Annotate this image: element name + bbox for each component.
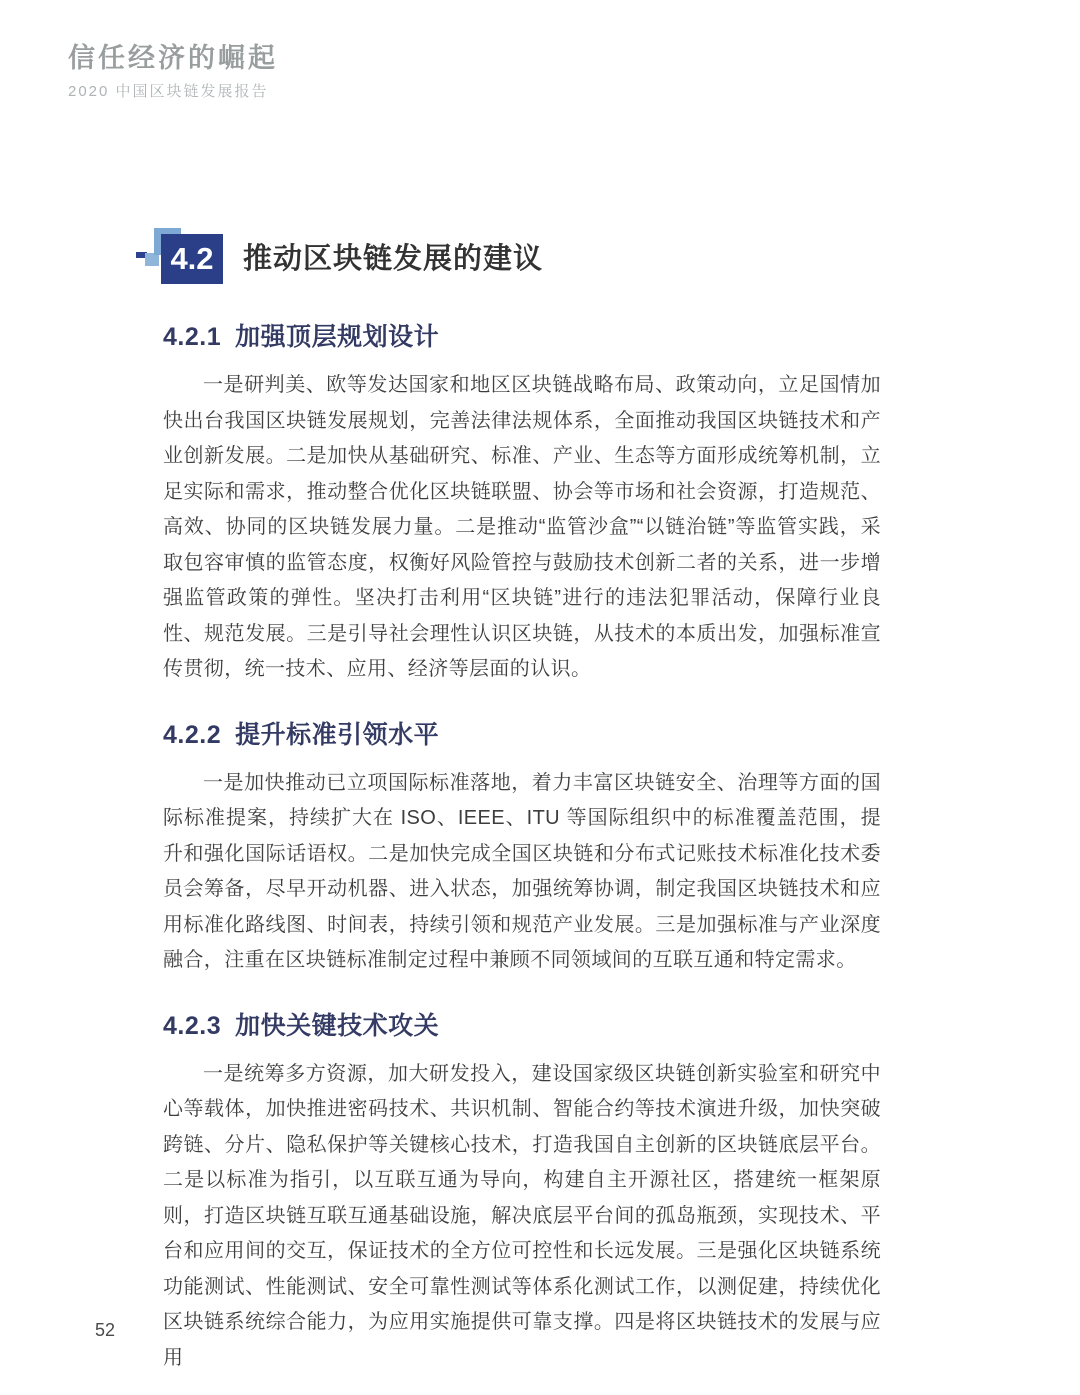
subsection-title: 加强顶层规划设计 — [235, 323, 439, 351]
subsection-heading: 4.2.1加强顶层规划设计 — [163, 320, 881, 354]
subsection-heading: 4.2.3加快关键技术攻关 — [163, 1009, 881, 1043]
page-number: 52 — [95, 1320, 115, 1341]
subsection-number: 4.2.3 — [163, 1012, 221, 1040]
report-page: 信任经济的崛起 2020 中国区块链发展报告 4.2 推动区块链发展的建议 4.… — [0, 0, 1080, 1395]
logo-subtitle: 2020 中国区块链发展报告 — [68, 80, 278, 101]
section-banner: 4.2 推动区块链发展的建议 — [136, 226, 956, 290]
logo-title: 信任经济的崛起 — [68, 42, 278, 74]
subsection-423: 4.2.3加快关键技术攻关 一是统筹多方资源，加大研发投入，建设国家级区块链创新… — [163, 1009, 881, 1377]
subsection-paragraph: 一是研判美、欧等发达国家和地区区块链战略布局、政策动向，立足国情加快出台我国区块… — [163, 368, 881, 688]
subsection-number: 4.2.1 — [163, 323, 221, 351]
section-title: 推动区块链发展的建议 — [243, 238, 543, 280]
section-number-badge: 4.2 — [161, 234, 223, 284]
subsection-422: 4.2.2提升标准引领水平 一是加快推动已立项国际标准落地，着力丰富区块链安全、… — [163, 718, 881, 979]
subsection-title: 提升标准引领水平 — [235, 721, 439, 749]
subsection-paragraph: 一是加快推动已立项国际标准落地，着力丰富区块链安全、治理等方面的国际标准提案，持… — [163, 766, 881, 979]
report-logo: 信任经济的崛起 2020 中国区块链发展报告 — [68, 42, 278, 101]
subsection-number: 4.2.2 — [163, 721, 221, 749]
subsection-paragraph: 一是统筹多方资源，加大研发投入，建设国家级区块链创新实验室和研究中心等载体，加快… — [163, 1057, 881, 1377]
subsection-421: 4.2.1加强顶层规划设计 一是研判美、欧等发达国家和地区区块链战略布局、政策动… — [163, 320, 881, 688]
subsection-heading: 4.2.2提升标准引领水平 — [163, 718, 881, 752]
content-column: 4.2.1加强顶层规划设计 一是研判美、欧等发达国家和地区区块链战略布局、政策动… — [163, 320, 881, 1376]
subsection-title: 加快关键技术攻关 — [235, 1012, 439, 1040]
